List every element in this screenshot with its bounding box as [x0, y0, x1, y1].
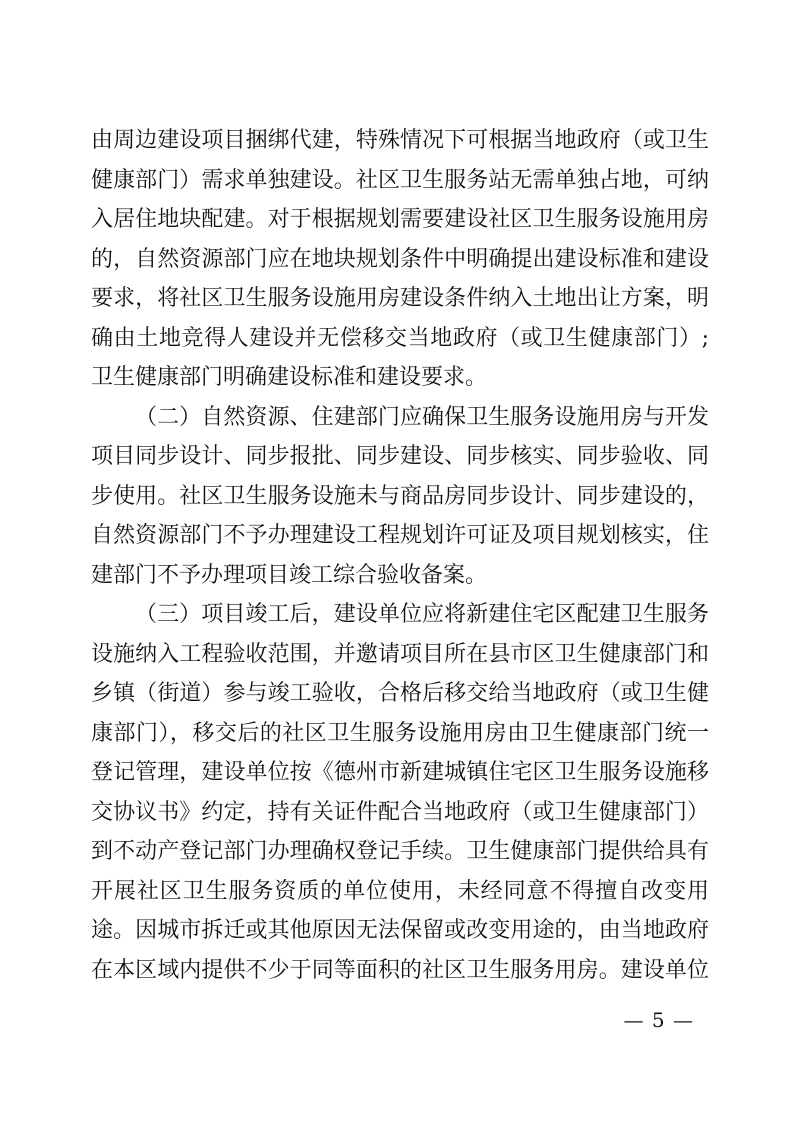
document-page: 由周边建设项目捆绑代建，特殊情况下可根据当地政府（或卫生健康部门）需求单独建设。…	[0, 0, 794, 1123]
text-line: 设施纳入工程验收范围，并邀请项目所在县市区卫生健康部门和	[91, 635, 709, 675]
text-line: 交协议书》约定，持有关证件配合当地政府（或卫生健康部门）	[91, 793, 709, 833]
paragraph: 由周边建设项目捆绑代建，特殊情况下可根据当地政府（或卫生健康部门）需求单独建设。…	[91, 121, 709, 398]
text-line: （二）自然资源、住建部门应确保卫生服务设施用房与开发	[91, 398, 709, 438]
text-line: 登记管理，建设单位按《德州市新建城镇住宅区卫生服务设施移	[91, 753, 709, 793]
text-line: 自然资源部门不予办理建设工程规划许可证及项目规划核实，住	[91, 516, 709, 556]
paragraph: （二）自然资源、住建部门应确保卫生服务设施用房与开发项目同步设计、同步报批、同步…	[91, 398, 709, 596]
text-line: 卫生健康部门明确建设标准和建设要求。	[91, 358, 709, 398]
paragraph: （三）项目竣工后，建设单位应将新建住宅区配建卫生服务设施纳入工程验收范围，并邀请…	[91, 595, 709, 990]
text-line: 步使用。社区卫生服务设施未与商品房同步设计、同步建设的，	[91, 477, 709, 517]
text-line: 要求，将社区卫生服务设施用房建设条件纳入土地出让方案，明	[91, 279, 709, 319]
text-line: 建部门不予办理项目竣工综合验收备案。	[91, 556, 709, 596]
text-line: 乡镇（街道）参与竣工验收，合格后移交给当地政府（或卫生健	[91, 674, 709, 714]
text-line: 确由土地竞得人建设并无偿移交当地政府（或卫生健康部门）;	[91, 319, 709, 359]
text-line: 由周边建设项目捆绑代建，特殊情况下可根据当地政府（或卫生	[91, 121, 709, 161]
text-line: 的，自然资源部门应在地块规划条件中明确提出建设标准和建设	[91, 240, 709, 280]
text-line: 途。因城市拆迁或其他原因无法保留或改变用途的，由当地政府	[91, 911, 709, 951]
text-line: 健康部门）需求单独建设。社区卫生服务站无需单独占地，可纳	[91, 161, 709, 201]
text-line: 项目同步设计、同步报批、同步建设、同步核实、同步验收、同	[91, 437, 709, 477]
text-line: 开展社区卫生服务资质的单位使用，未经同意不得擅自改变用	[91, 872, 709, 912]
text-line: 在本区域内提供不少于同等面积的社区卫生服务用房。建设单位	[91, 951, 709, 991]
page-number: — 5 —	[624, 1005, 694, 1035]
text-line: 到不动产登记部门办理确权登记手续。卫生健康部门提供给具有	[91, 832, 709, 872]
text-line: （三）项目竣工后，建设单位应将新建住宅区配建卫生服务	[91, 595, 709, 635]
text-line: 康部门），移交后的社区卫生服务设施用房由卫生健康部门统一	[91, 714, 709, 754]
document-body: 由周边建设项目捆绑代建，特殊情况下可根据当地政府（或卫生健康部门）需求单独建设。…	[91, 121, 709, 990]
text-line: 入居住地块配建。对于根据规划需要建设社区卫生服务设施用房	[91, 200, 709, 240]
